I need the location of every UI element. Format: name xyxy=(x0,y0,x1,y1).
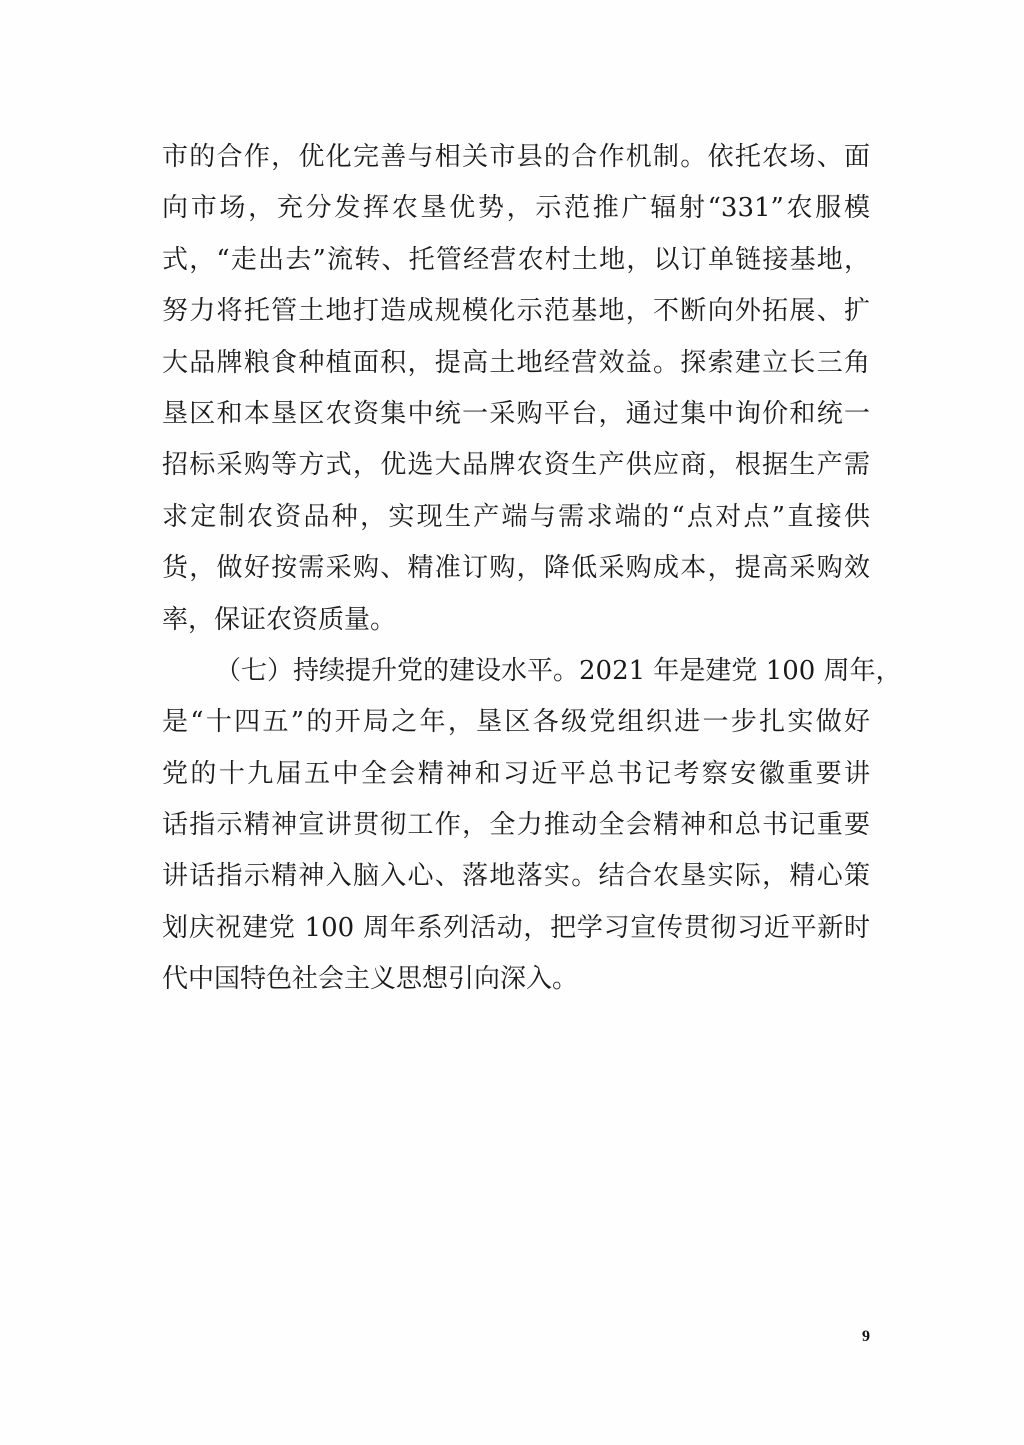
page-number: 9 xyxy=(862,1328,870,1346)
text-line: 市的合作，优化完善与相关市县的合作机制。依托农场、面 xyxy=(162,132,870,183)
text-line: 划庆祝建党 100 周年系列活动，把学习宣传贯彻习近平新时 xyxy=(162,903,870,954)
text-line: 向市场，充分发挥农垦优势，示范推广辐射“331”农服模 xyxy=(162,183,870,234)
paragraph-1: 市的合作，优化完善与相关市县的合作机制。依托农场、面 向市场，充分发挥农垦优势，… xyxy=(162,132,870,646)
text-line: 招标采购等方式，优选大品牌农资生产供应商，根据生产需 xyxy=(162,440,870,491)
text-line: 求定制农资品种，实现生产端与需求端的“点对点”直接供 xyxy=(162,492,870,543)
body-text: 市的合作，优化完善与相关市县的合作机制。依托农场、面 向市场，充分发挥农垦优势，… xyxy=(162,132,870,1006)
section-heading-line: （七）持续提升党的建设水平。2021 年是建党 100 周年， xyxy=(162,646,870,697)
text-line: 大品牌粮食种植面积，提高土地经营效益。探索建立长三角 xyxy=(162,338,870,389)
text-line: 货，做好按需采购、精准订购，降低采购成本，提高采购效 xyxy=(162,543,870,594)
document-page: 市的合作，优化完善与相关市县的合作机制。依托农场、面 向市场，充分发挥农垦优势，… xyxy=(0,0,1024,1445)
text-line: 代中国特色社会主义思想引向深入。 xyxy=(162,954,870,1005)
text-line: 党的十九届五中全会精神和习近平总书记考察安徽重要讲 xyxy=(162,749,870,800)
text-line: 努力将托管土地打造成规模化示范基地，不断向外拓展、扩 xyxy=(162,286,870,337)
text-line: 是“十四五”的开局之年，垦区各级党组织进一步扎实做好 xyxy=(162,697,870,748)
text-line: 话指示精神宣讲贯彻工作，全力推动全会精神和总书记重要 xyxy=(162,800,870,851)
text-line: 讲话指示精神入脑入心、落地落实。结合农垦实际，精心策 xyxy=(162,851,870,902)
paragraph-2: （七）持续提升党的建设水平。2021 年是建党 100 周年， 是“十四五”的开… xyxy=(162,646,870,1006)
text-line: 垦区和本垦区农资集中统一采购平台，通过集中询价和统一 xyxy=(162,389,870,440)
text-line: 式，“走出去”流转、托管经营农村土地，以订单链接基地， xyxy=(162,235,870,286)
text-line: 率，保证农资质量。 xyxy=(162,595,870,646)
